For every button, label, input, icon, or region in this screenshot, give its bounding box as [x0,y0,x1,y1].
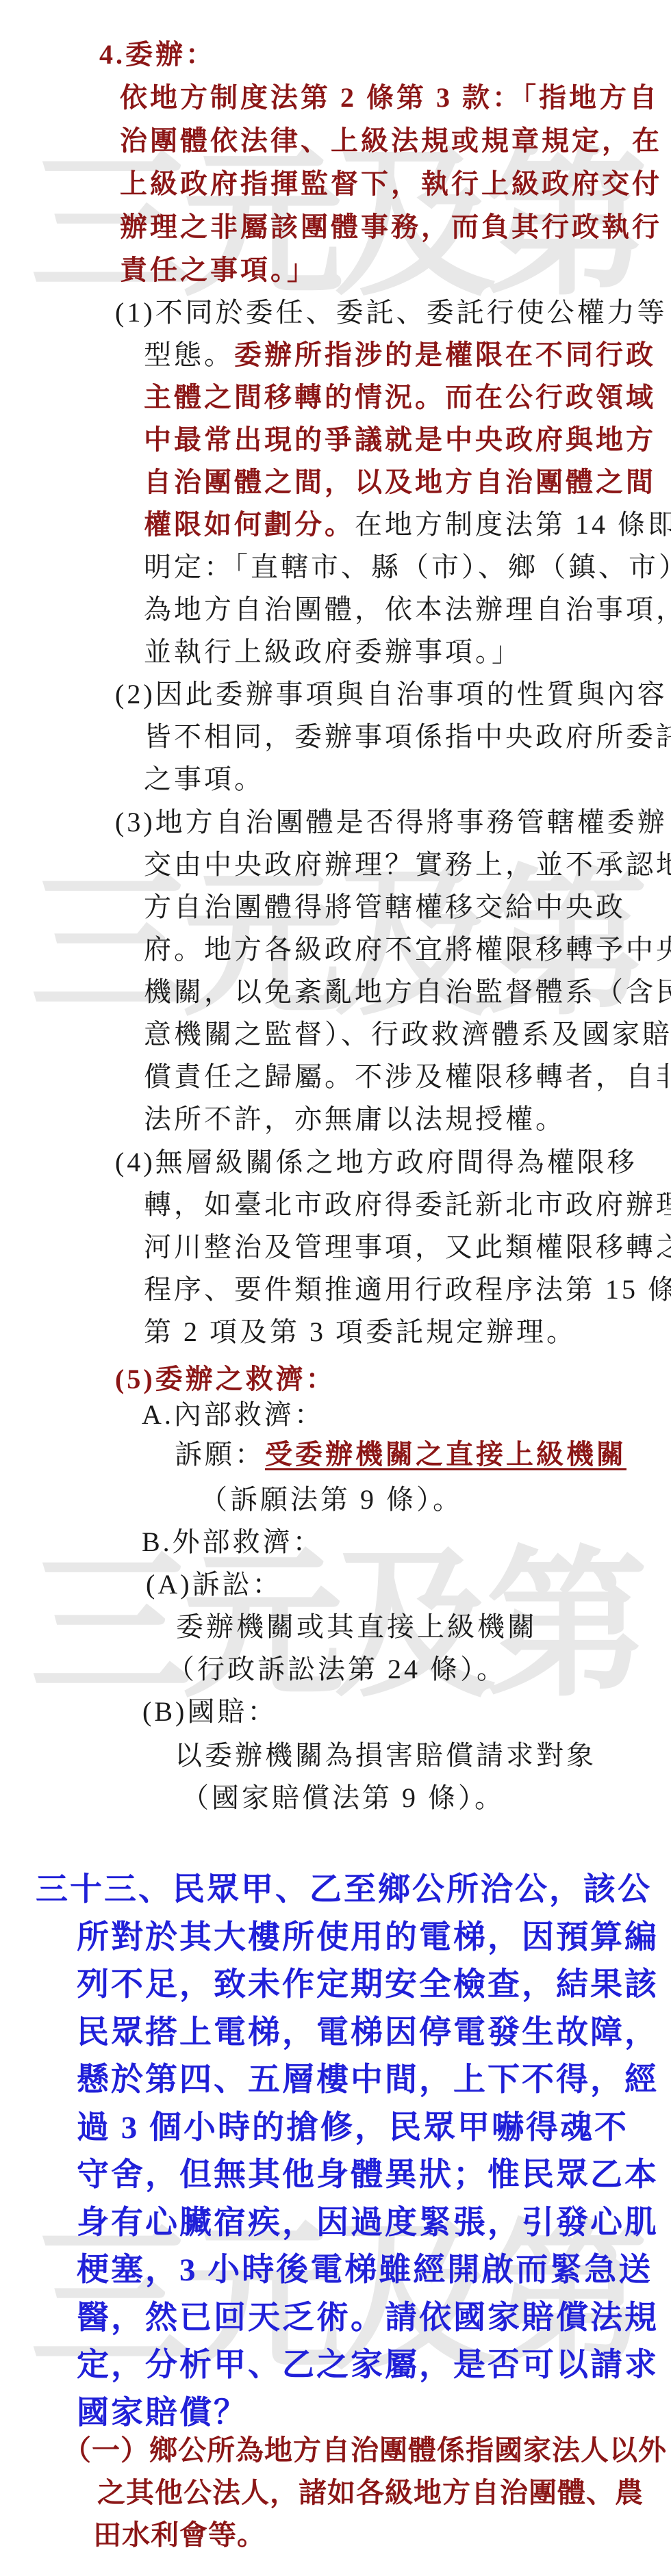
text-segment: （國家賠償法第 9 條）。 [181,1782,505,1813]
sub-b-a-heading: (A)訴訟： [146,1570,283,1600]
text-segment: 並執行上級政府委辦事項。」 [144,636,522,667]
text-segment: 自治團體之間，以及地方自治團體之間 [144,467,656,497]
text-segment: 在地方制度法第 14 條即 [355,509,671,540]
heading-4-weiban: 4.委辦： [99,40,216,70]
text-segment: 法所不許，亦無庸以法規授權。 [144,1104,566,1134]
question-33-line: 過 3 個小時的搶修，民眾甲嚇得魂不 [77,2110,629,2146]
text-segment: (4)無層級關係之地方政府間得為權限移 [115,1147,637,1178]
answer-1-line: （一）鄉公所為地方自治團體係指國家法人以外 [63,2435,667,2467]
item-4-line: 轉，如臺北市政府得委託新北市政府辦理 [144,1190,671,1221]
text-segment: 身有心臟宿疾，因過度緊張，引發心肌 [77,2205,659,2241]
text-segment: B.外部救濟： [142,1526,323,1557]
text-segment: 所對於其大樓所使用的電梯，因預算編 [77,1920,659,1955]
item-1-line: 自治團體之間，以及地方自治團體之間 [144,467,656,498]
item-1-line: 主體之間移轉的情況。而在公行政領域 [144,382,656,413]
su-yuan-line: 訴願：受委辦機關之直接上級機關 [175,1440,626,1470]
text-segment: 國家賠償？ [77,2395,248,2431]
text-segment: 方自治團體得將管轄權移交給中央政 [144,892,626,922]
sub-a-heading: A.內部救濟： [142,1400,325,1431]
text-segment: 主體之間移轉的情況。而在公行政領域 [144,382,656,413]
question-33-line: 民眾搭上電梯，電梯因停電發生故障， [77,2015,659,2051]
quote-line: 上級政府指揮監督下，執行上級政府交付 [120,169,662,200]
text-segment: (B)國賠： [142,1696,277,1727]
text-segment: 型態。 [144,339,234,370]
guo-pei-cite: （國家賠償法第 9 條）。 [181,1783,505,1814]
item-4-line: (4)無層級關係之地方政府間得為權限移 [115,1147,637,1178]
item-1-line: 為地方自治團體，依本法辦理自治事項， [144,595,671,625]
text-segment: 機關，以免紊亂地方自治監督體系（含民 [144,976,671,1007]
text-segment: 意機關之監督）、行政救濟體系及國家賠 [144,1019,671,1050]
item-4-line: 程序、要件類推適用行政程序法第 15 條 [144,1275,671,1305]
text-segment: 轉，如臺北市政府得委託新北市政府辦理 [144,1189,671,1220]
text-segment: (3)地方自治團體是否得將事務管轄權委辦 [115,807,668,837]
question-33-line: 三十三、民眾甲、乙至鄉公所洽公，該公 [36,1872,652,1908]
question-33-line: 梗塞，3 小時後電梯雖經開啟而緊急送 [77,2252,653,2289]
text-segment: 辦理之非屬該團體事務，而負其行政執行 [120,211,662,242]
text-segment: 償責任之歸屬。不涉及權限移轉者，自非 [144,1061,671,1092]
text-segment: 治團體依法律、上級法規或規章規定，在 [120,125,662,156]
item-2-line: (2)因此委辦事項與自治事項的性質與內容 [115,679,668,710]
text-segment: 過 3 個小時的搶修，民眾甲嚇得魂不 [77,2110,629,2146]
text-segment: 訴願： [175,1439,265,1470]
text-segment: 為地方自治團體，依本法辦理自治事項， [144,594,671,625]
question-33-line: 所對於其大樓所使用的電梯，因預算編 [77,1920,659,1956]
item-1-line: 並執行上級政府委辦事項。」 [144,637,522,668]
text-layer: 4.委辦：依地方制度法第 2 條第 3 款：「指地方自治團體依法律、上級法規或規… [0,0,671,2576]
text-segment: 明定：「直轄市、縣（市）、鄉（鎮、市） [144,551,671,582]
text-segment: 之事項。 [144,764,264,794]
text-segment: 三十三、民眾甲、乙至鄉公所洽公，該公 [36,1872,652,1908]
text-segment: (1)不同於委任、委託、委託行使公權力等 [115,297,668,328]
item-5-heading: (5)委辦之救濟： [115,1364,336,1395]
text-segment: 醫，然已回天乏術。請依國家賠償法規 [77,2300,659,2336]
text-segment: 定，分析甲、乙之家屬，是否可以請求 [77,2347,659,2383]
text-segment: (5)委辦之救濟： [115,1364,336,1394]
answer-1-line: 田水利會等。 [93,2520,266,2551]
text-segment: 程序、要件類推適用行政程序法第 15 條 [144,1274,671,1305]
sub-b-heading: B.外部救濟： [142,1527,323,1558]
text-segment: 中最常出現的爭議就是中央政府與地方 [144,424,656,455]
text-segment: 府。地方各級政府不宜將權限移轉予中央 [144,934,671,965]
text-segment: 河川整治及管理事項，又此類權限移轉之 [144,1232,671,1262]
text-segment: 上級政府指揮監督下，執行上級政府交付 [120,168,662,199]
text-segment: 權限如何劃分。 [144,509,355,540]
text-segment: 之其他公法人，諸如各級地方自治團體、農 [97,2477,644,2508]
question-33-line: 國家賠償？ [77,2395,248,2432]
item-1-line: (1)不同於委任、委託、委託行使公權力等 [115,298,668,328]
question-33-line: 身有心臟宿疾，因過度緊張，引發心肌 [77,2205,659,2241]
quote-line: 辦理之非屬該團體事務，而負其行政執行 [120,212,662,243]
text-segment: （行政訴訟法第 24 條）。 [167,1654,507,1684]
text-segment: 以委辦機關為損害賠償請求對象 [175,1740,596,1771]
item-3-line: 交由中央政府辦理？實務上，並不承認地 [144,850,671,881]
item-3-line: (3)地方自治團體是否得將事務管轄權委辦 [115,807,668,838]
item-2-line: 之事項。 [144,764,264,795]
item-3-line: 府。地方各級政府不宜將權限移轉予中央 [144,935,671,965]
question-33-line: 懸於第四、五層樓中間，上下不得，經 [77,2062,659,2098]
su-yuan-cite: （訴願法第 9 條）。 [200,1485,463,1515]
item-3-line: 機關，以免紊亂地方自治監督體系（含民 [144,977,671,1008]
text-segment: 委辦所指涉的是權限在不同行政 [234,339,656,370]
text-segment: 懸於第四、五層樓中間，上下不得，經 [77,2062,659,2098]
quote-line: 依地方制度法第 2 條第 3 款：「指地方自 [120,83,659,114]
text-segment: 皆不相同，委辦事項係指中央政府所委託 [144,721,671,752]
question-33-line: 守舍，但無其他身體異狀；惟民眾乙本 [77,2157,659,2194]
text-segment: 4.委辦： [99,39,216,70]
text-segment: 交由中央政府辦理？實務上，並不承認地 [144,849,671,880]
question-33-line: 列不足，致未作定期安全檢查，結果該 [77,1967,659,2003]
question-33-line: 定，分析甲、乙之家屬，是否可以請求 [77,2347,659,2384]
text-segment: 梗塞，3 小時後電梯雖經開啟而緊急送 [77,2252,653,2288]
sub-b-b-heading: (B)國賠： [142,1697,277,1728]
item-4-line: 第 2 項及第 3 項委託規定辦理。 [144,1317,577,1348]
text-segment: 民眾搭上電梯，電梯因停電發生故障， [77,2015,659,2051]
text-segment: 守舍，但無其他身體異狀；惟民眾乙本 [77,2157,659,2193]
text-segment: 受委辦機關之直接上級機關 [265,1439,626,1470]
quote-line: 治團體依法律、上級法規或規章規定，在 [120,126,662,157]
item-3-line: 意機關之監督）、行政救濟體系及國家賠 [144,1019,671,1050]
item-1-line: 中最常出現的爭議就是中央政府與地方 [144,425,656,456]
text-segment: （一）鄉公所為地方自治團體係指國家法人以外 [63,2434,667,2466]
item-4-line: 河川整治及管理事項，又此類權限移轉之 [144,1232,671,1263]
answer-1-line: 之其他公法人，諸如各級地方自治團體、農 [97,2477,644,2509]
item-1-line: 明定：「直轄市、縣（市）、鄉（鎮、市） [144,552,671,583]
guo-pei-line: 以委辦機關為損害賠償請求對象 [175,1741,596,1771]
document-page: 三元及第三元及第三元及第三元及第 4.委辦：依地方制度法第 2 條第 3 款：「… [0,0,671,2576]
item-3-line: 法所不許，亦無庸以法規授權。 [144,1104,566,1135]
text-segment: 責任之事項。」 [120,255,317,285]
text-segment: 依地方制度法第 2 條第 3 款：「指地方自 [120,82,659,113]
text-segment: (2)因此委辦事項與自治事項的性質與內容 [115,679,668,710]
item-1-line: 權限如何劃分。在地方制度法第 14 條即 [144,510,671,541]
quote-line: 責任之事項。」 [120,255,317,286]
text-segment: （訴願法第 9 條）。 [200,1484,463,1515]
item-2-line: 皆不相同，委辦事項係指中央政府所委託 [144,722,671,753]
text-segment: A.內部救濟： [142,1399,325,1430]
question-33-line: 醫，然已回天乏術。請依國家賠償法規 [77,2300,659,2337]
text-segment: (A)訴訟： [146,1569,283,1600]
su-song-cite: （行政訴訟法第 24 條）。 [167,1654,507,1685]
su-song-line: 委辦機關或其直接上級機關 [176,1612,537,1643]
text-segment: 第 2 項及第 3 項委託規定辦理。 [144,1316,577,1347]
text-segment: 田水利會等。 [93,2519,266,2551]
item-3-line: 償責任之歸屬。不涉及權限移轉者，自非 [144,1062,671,1093]
item-1-line: 型態。委辦所指涉的是權限在不同行政 [144,340,656,371]
text-segment: 委辦機關或其直接上級機關 [176,1611,537,1642]
item-3-line: 方自治團體得將管轄權移交給中央政 [144,892,626,923]
text-segment: 列不足，致未作定期安全檢查，結果該 [77,1967,659,2003]
